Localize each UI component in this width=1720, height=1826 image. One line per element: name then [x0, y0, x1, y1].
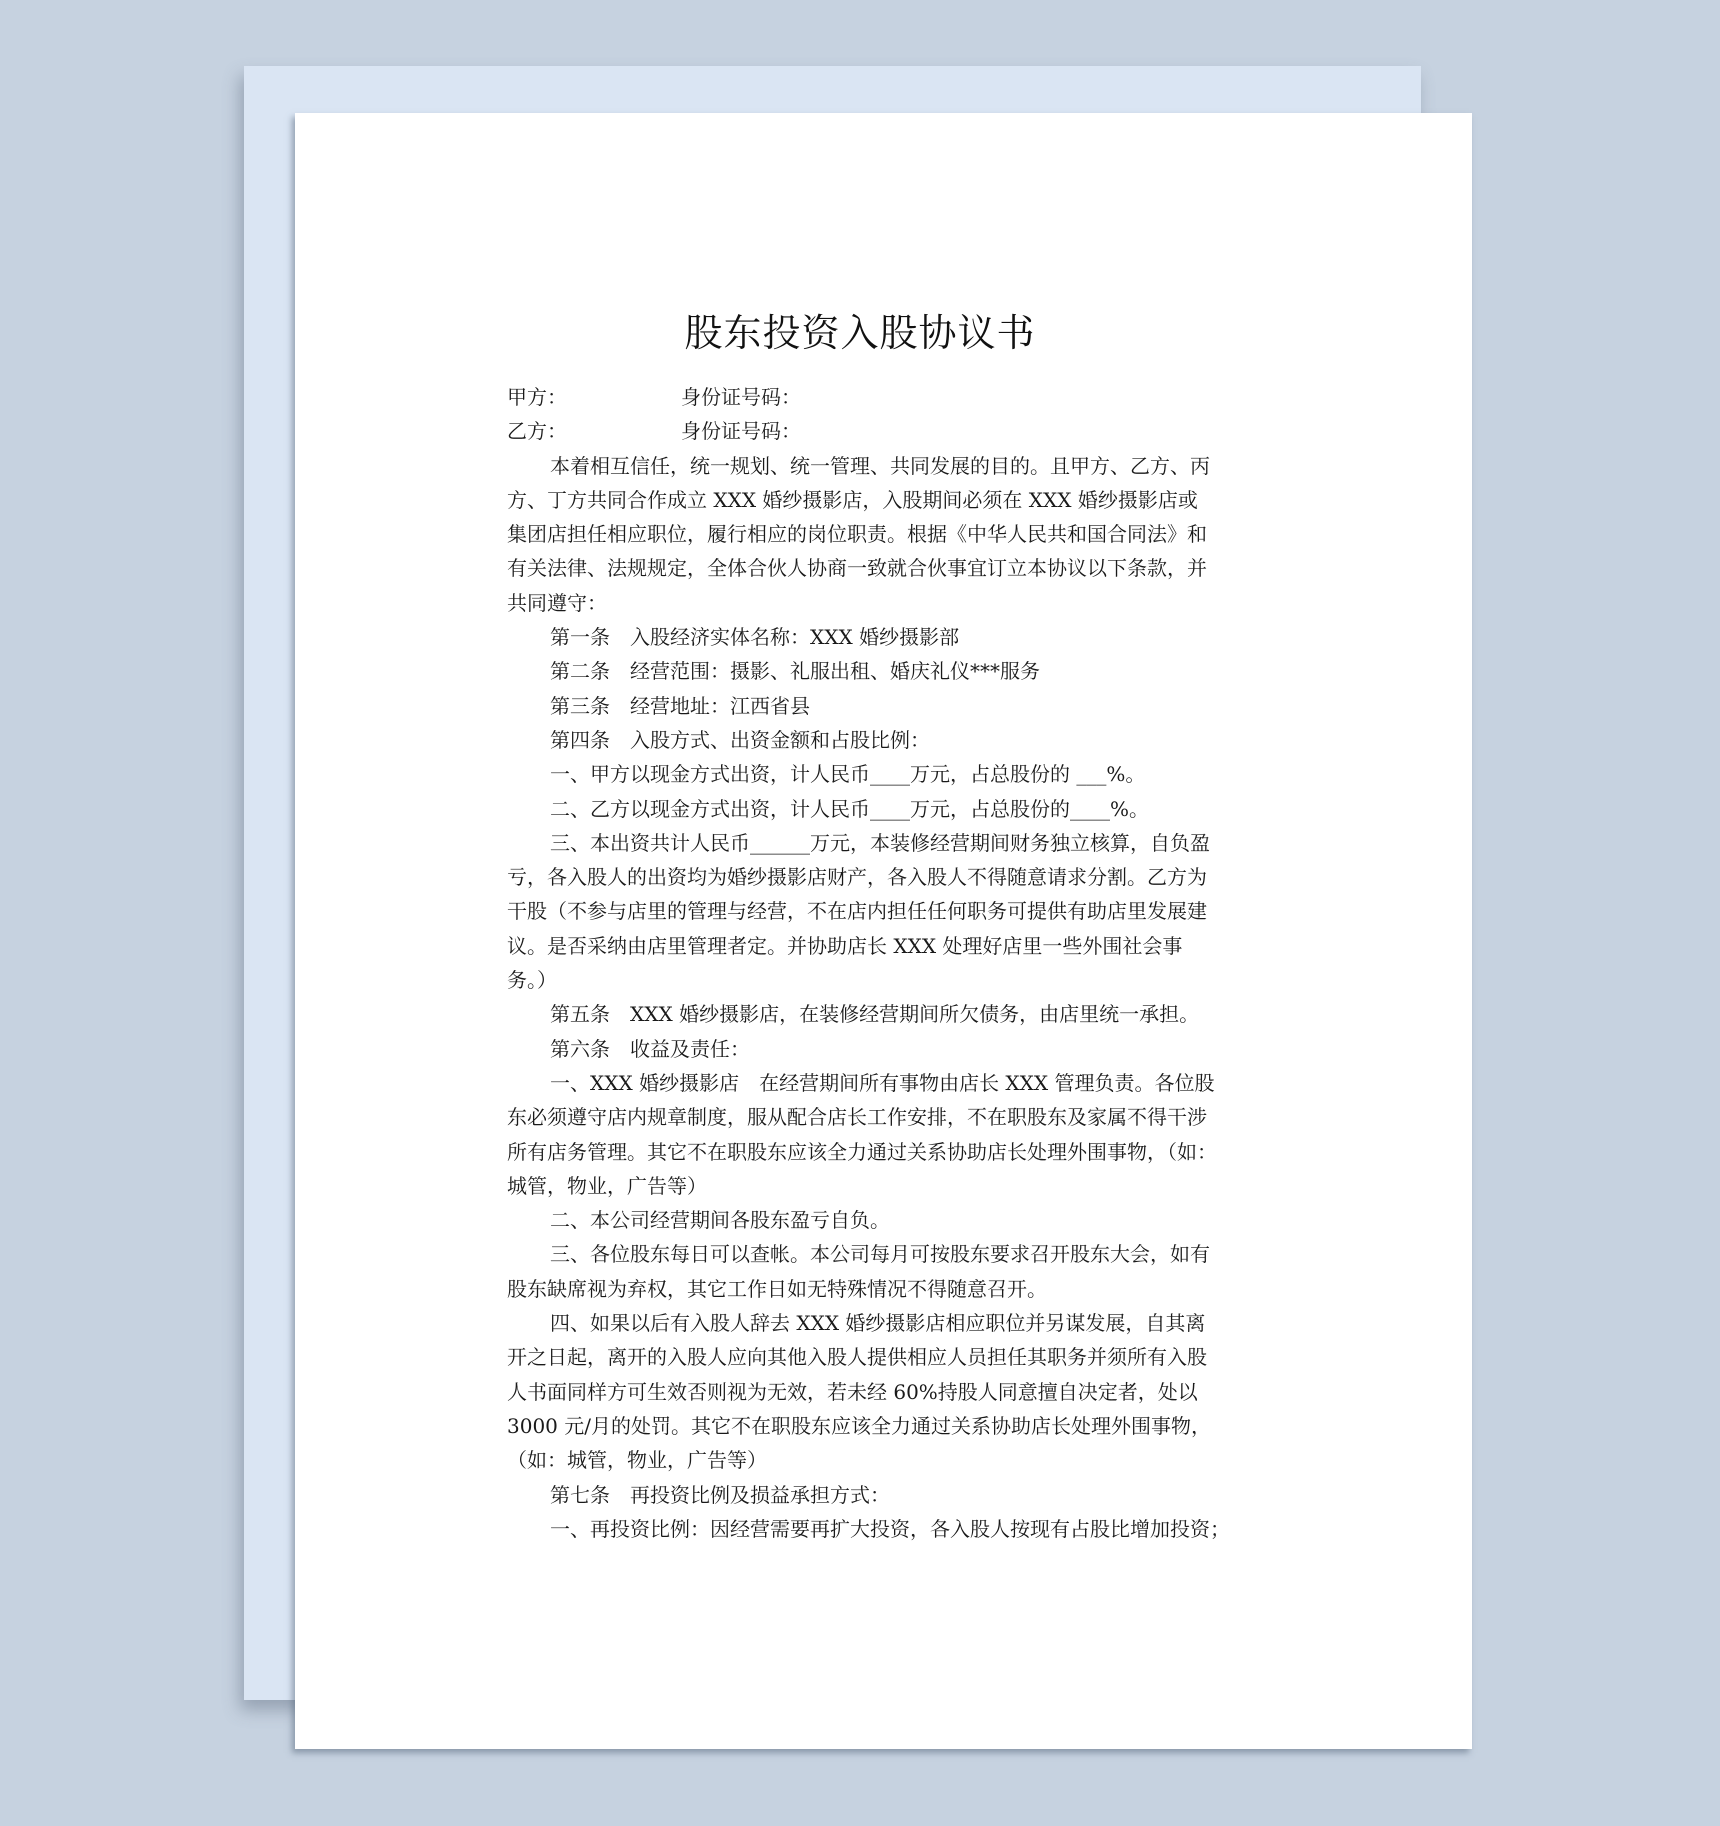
document-line: 第三条 经营地址：江西省县 — [507, 689, 1271, 723]
document-line: 第一条 入股经济实体名称：XXX 婚纱摄影部 — [507, 620, 1271, 654]
document-line: 三、各位股东每日可以查帐。本公司每月可按股东要求召开股东大会，如有 — [507, 1237, 1271, 1271]
document-body: 甲方： 身份证号码： 乙方： 身份证号码： 本着相互信任，统一规划、统一管理、共… — [507, 380, 1271, 1546]
document-line: 人书面同样方可生效否则视为无效，若未经 60%持股人同意擅自决定者，处以 — [507, 1375, 1271, 1409]
party-b-id-label: 身份证号码： — [681, 414, 801, 448]
document-lines: 本着相互信任，统一规划、统一管理、共同发展的目的。且甲方、乙方、丙方、丁方共同合… — [507, 449, 1271, 1547]
party-b-label: 乙方： — [507, 414, 681, 448]
document-line: 第七条 再投资比例及损益承担方式： — [507, 1478, 1271, 1512]
document-line: 方、丁方共同合作成立 XXX 婚纱摄影店，入股期间必须在 XXX 婚纱摄影店或 — [507, 483, 1271, 517]
document-line: 一、XXX 婚纱摄影店 在经营期间所有事物由店长 XXX 管理负责。各位股 — [507, 1066, 1271, 1100]
document-line: 第四条 入股方式、出资金额和占股比例： — [507, 723, 1271, 757]
document-line: 一、甲方以现金方式出资，计人民币____万元，占总股份的 ___%。 — [507, 757, 1271, 791]
document-line: 议。是否采纳由店里管理者定。并协助店长 XXX 处理好店里一些外围社会事 — [507, 929, 1271, 963]
document-line: 开之日起，离开的入股人应向其他入股人提供相应人员担任其职务并须所有入股 — [507, 1340, 1271, 1374]
party-b-row: 乙方： 身份证号码： — [507, 414, 1271, 448]
document-line: 第五条 XXX 婚纱摄影店，在装修经营期间所欠债务，由店里统一承担。 — [507, 997, 1271, 1031]
document-line: 东必须遵守店内规章制度，服从配合店长工作安排，不在职股东及家属不得干涉 — [507, 1100, 1271, 1134]
document-line: （如：城管，物业，广告等） — [507, 1443, 1271, 1477]
document-line: 四、如果以后有入股人辞去 XXX 婚纱摄影店相应职位并另谋发展，自其离 — [507, 1306, 1271, 1340]
document-line: 3000 元/月的处罚。其它不在职股东应该全力通过关系协助店长处理外围事物， — [507, 1409, 1271, 1443]
document-line: 集团店担任相应职位，履行相应的岗位职责。根据《中华人民共和国合同法》和 — [507, 517, 1271, 551]
document-line: 二、本公司经营期间各股东盈亏自负。 — [507, 1203, 1271, 1237]
document-line: 城管，物业，广告等） — [507, 1169, 1271, 1203]
party-a-id-label: 身份证号码： — [681, 380, 801, 414]
party-a-row: 甲方： 身份证号码： — [507, 380, 1271, 414]
document-line: 共同遵守： — [507, 586, 1271, 620]
document-line: 第六条 收益及责任： — [507, 1032, 1271, 1066]
document-title: 股东投资入股协议书 — [0, 302, 1720, 357]
document-line: 亏，各入股人的出资均为婚纱摄影店财产，各入股人不得随意请求分割。乙方为 — [507, 860, 1271, 894]
party-a-label: 甲方： — [507, 380, 681, 414]
document-line: 干股（不参与店里的管理与经营，不在店内担任任何职务可提供有助店里发展建 — [507, 894, 1271, 928]
document-line: 一、再投资比例：因经营需要再扩大投资，各入股人按现有占股比增加投资； — [507, 1512, 1271, 1546]
document-line: 本着相互信任，统一规划、统一管理、共同发展的目的。且甲方、乙方、丙 — [507, 449, 1271, 483]
document-line: 有关法律、法规规定，全体合伙人协商一致就合伙事宜订立本协议以下条款，并 — [507, 551, 1271, 585]
document-line: 股东缺席视为弃权，其它工作日如无特殊情况不得随意召开。 — [507, 1272, 1271, 1306]
document-line: 二、乙方以现金方式出资，计人民币____万元，占总股份的____%。 — [507, 792, 1271, 826]
document-line: 三、本出资共计人民币______万元，本装修经营期间财务独立核算，自负盈 — [507, 826, 1271, 860]
document-line: 务。） — [507, 963, 1271, 997]
document-line: 所有店务管理。其它不在职股东应该全力通过关系协助店长处理外围事物，（如： — [507, 1135, 1271, 1169]
document-line: 第二条 经营范围：摄影、礼服出租、婚庆礼仪***服务 — [507, 654, 1271, 688]
